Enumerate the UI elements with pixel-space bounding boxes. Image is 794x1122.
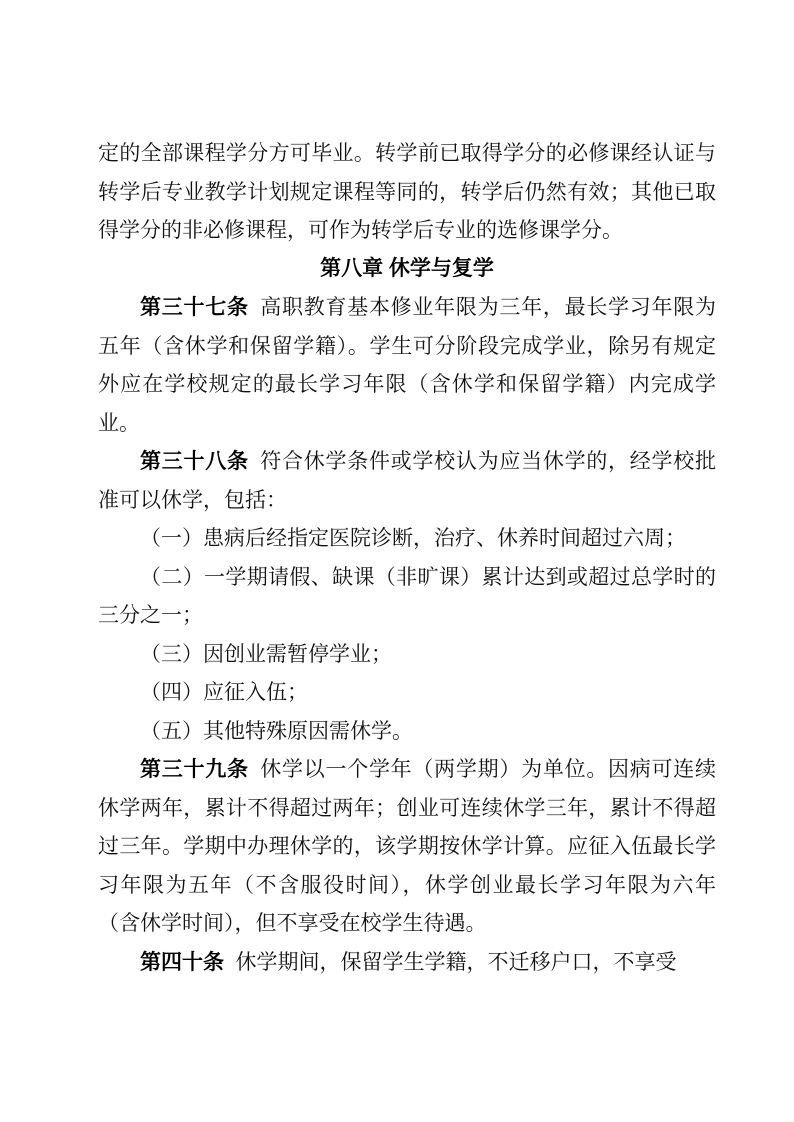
article-paragraph: 第四十条休学期间，保留学生学籍，不迁移户口，不享受	[98, 943, 716, 982]
article-text: 休学以一个学年（两学期）为单位。因病可连续休学两年，累计不得超过两年；创业可连续…	[98, 757, 716, 935]
article-number: 第三十八条	[140, 449, 249, 473]
article-paragraph: （一）患病后经指定医院诊断，治疗、休养时间超过六周；	[98, 519, 716, 558]
article-number: 第四十条	[140, 950, 224, 974]
paragraphs: 第三十七条高职教育基本修业年限为三年，最长学习年限为五年（含休学和保留学籍）。学…	[98, 288, 716, 981]
document-page: 定的全部课程学分方可毕业。转学前已取得学分的必修课经认证与转学后专业教学计划规定…	[0, 0, 794, 1122]
article-number: 第三十七条	[140, 295, 249, 319]
article-paragraph: （三）因创业需暂停学业；	[98, 635, 716, 674]
article-paragraph: 第三十八条符合休学条件或学校认为应当休学的，经学校批准可以休学，包括：	[98, 442, 716, 519]
article-text: 休学期间，保留学生学籍，不迁移户口，不享受	[236, 950, 677, 974]
article-paragraph: （五）其他特殊原因需休学。	[98, 712, 716, 751]
chapter-heading: 第八章 休学与复学	[98, 250, 716, 289]
continuation-paragraph: 定的全部课程学分方可毕业。转学前已取得学分的必修课经认证与转学后专业教学计划规定…	[98, 134, 716, 250]
article-paragraph: （二）一学期请假、缺课（非旷课）累计达到或超过总学时的三分之一；	[98, 558, 716, 635]
article-paragraph: （四）应征入伍；	[98, 673, 716, 712]
article-paragraph: 第三十九条休学以一个学年（两学期）为单位。因病可连续休学两年，累计不得超过两年；…	[98, 750, 716, 943]
article-paragraph: 第三十七条高职教育基本修业年限为三年，最长学习年限为五年（含休学和保留学籍）。学…	[98, 288, 716, 442]
article-number: 第三十九条	[140, 757, 249, 781]
document-body: 定的全部课程学分方可毕业。转学前已取得学分的必修课经认证与转学后专业教学计划规定…	[98, 134, 716, 981]
